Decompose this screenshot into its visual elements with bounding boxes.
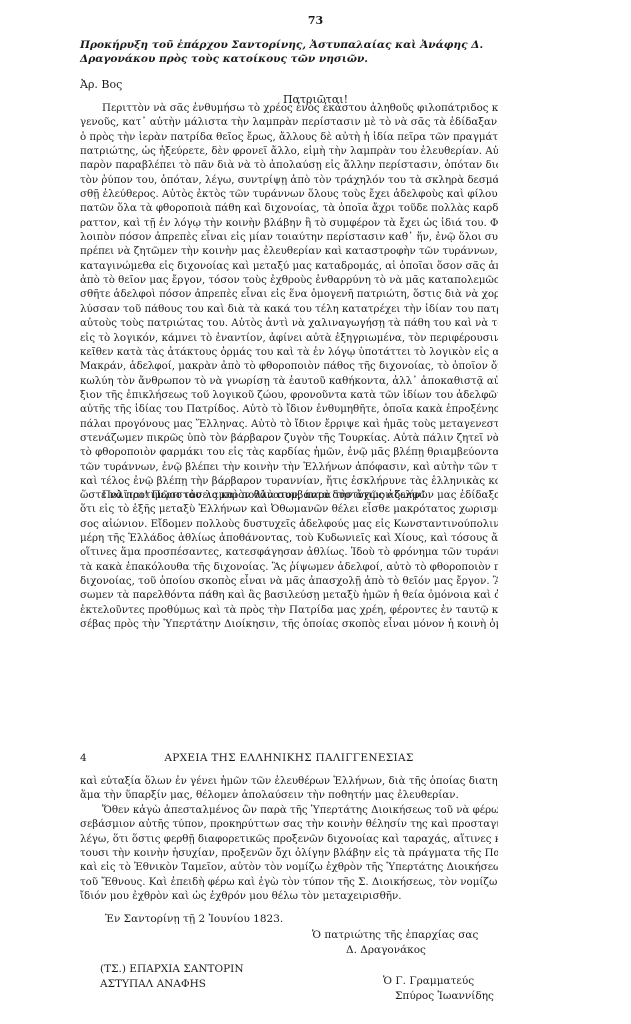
text-line: τὰ κακὰ ἐπακόλουθα τῆς διχονοίας. Ἂς ῥίψ… [80, 560, 498, 574]
text-line: σος αἰώνιον. Εἴδομεν πολλοὺς δυστυχεῖς ἀ… [80, 517, 498, 531]
text-line: ἅμα τὴν ὕπαρξίν μας, θέλομεν ἀπολαύσειν … [80, 788, 498, 802]
signer1-title: Ὁ πατριώτης τῆς ἐπαρχίας σας [312, 929, 478, 941]
text-line: λύσσαν τοῦ πάθους του καὶ διὰ τὰ κακά το… [80, 302, 498, 316]
text-line: Μακράν, ἀδελφοί, μακρὰν ἀπὸ τὸ φθοροποιὸ… [80, 359, 498, 373]
text-line: καὶ εἰς τὸ Ἐθνικὸν Ταμεῖον, αὐτὸν τὸν νο… [80, 860, 498, 874]
text-line: γενοῦς, κατ᾽ αὐτὴν μάλιστα τὴν λαμπρὰν π… [80, 115, 498, 129]
document-page: 73 Προκήρυξη τοῦ ἐπάρχου Σαντορίνης, Ἀστ… [0, 0, 631, 1024]
text-line: σωμεν τὰ παρελθόντα πάθη καὶ ἂς βασιλεύσ… [80, 588, 498, 602]
text-line: ξιον τῆς ἐπικλήσεως τοῦ λογικοῦ ζώου, φρ… [80, 388, 498, 402]
text-line: ραττον, καὶ τῇ ἐν λόγῳ τὴν κοινὴν βλάβην… [80, 216, 498, 230]
signer2-name: Σπύρος Ἰωαννίδης [383, 989, 494, 1004]
text-line: τουσι τὴν κοινὴν ἡσυχίαν, προξενῶν ὄχι ὀ… [80, 846, 498, 860]
text-line: εἰς τὸ λογικόν, κάμνει τὸ ἐναντίον, ἀφίν… [80, 331, 498, 345]
text-line: σεβάσμιον αὐτῆς τύπον, προκηρύττων σας τ… [80, 817, 498, 831]
text-line: πατριώτης, ὡς ἠξεύρετε, δὲν φρονεῖ ἄλλο,… [80, 144, 498, 158]
text-line: κωλύη τὸν ἄνθρωπον τὸ νὰ γνωρίσῃ τὰ ἑαυτ… [80, 374, 498, 388]
text-line: ἀπὸ τὸ θεῖον μας ἔργον, τόσον τοὺς ἐχθρο… [80, 273, 498, 287]
document-title: Προκήρυξη τοῦ ἐπάρχου Σαντορίνης, Ἀστυπα… [80, 38, 500, 66]
text-line: καταγινώμεθα εἰς διχονοίας καὶ μεταξύ μα… [80, 259, 498, 273]
text-line: πάλαι προγόνους μας Ἕλληνας. Αὐτὸ τὸ ἴδι… [80, 417, 498, 431]
text-line: καὶ εὐταξία ὅλων ἐν γένει ἡμῶν τῶν ἐλευθ… [80, 774, 498, 788]
signature-block-1: Ὁ πατριώτης τῆς ἐπαρχίας σας Δ. Δραγονάκ… [312, 928, 478, 958]
text-line: πρέπει νὰ ζητῶμεν τὴν κοινὴν μας ἐλευθερ… [80, 244, 498, 258]
seal-line-1: (ΤΣ.) ΕΠΑΡΧΙΑ ΣΑΝΤΟΡΙΝ [100, 962, 244, 977]
reference-number: Ἀρ. Βος [80, 78, 122, 91]
text-line: αὐτοὺς τοὺς πατριώτας του. Αὐτὸς ἀντὶ νὰ… [80, 316, 498, 330]
text-line: σέβας πρὸς τὴν Ὑπερτάτην Διοίκησιν, τῆς … [80, 617, 498, 631]
text-line: ἴδιόν μου ἐχθρὸν καὶ ὡς ἐχθρόν μου θέλω … [80, 889, 498, 903]
text-line: στενάζωμεν πικρῶς ὑπὸ τὸν βάρβαρον ζυγὸν… [80, 431, 498, 445]
text-line: αὐτῆς τῆς ἰδίας του Πατρίδος. Αὐτὸ τὸ ἴδ… [80, 402, 498, 416]
text-line: τοῦ Ἔθνους. Καὶ ἐπειδὴ φέρω καὶ ἐγὼ τὸν … [80, 875, 498, 889]
paragraph-3: καὶ εὐταξία ὅλων ἐν γένει ἡμῶν τῶν ἐλευθ… [80, 774, 498, 803]
date-place: Ἐν Σαντορίνῃ τῇ 2 Ἰουνίου 1823. [105, 913, 283, 925]
signer2-title: Ὁ Γ. Γραμματεύς [383, 975, 474, 987]
text-line: τῶν τυράννων, ἐνῷ βλέπει τὴν κοινὴν τὴν … [80, 460, 498, 474]
text-line: Πολῖται! Περιστάσεις καὶ πολλὰ συμβάντα … [80, 488, 498, 502]
seal-stamp: (ΤΣ.) ΕΠΑΡΧΙΑ ΣΑΝΤΟΡΙΝ ΑΣΤΥΠΑΛ ΑΝΑΦΗS [100, 962, 244, 992]
signature-block-2: Ὁ Γ. Γραμματεύς Σπύρος Ἰωαννίδης [383, 974, 494, 1004]
text-line: πατῶν ὅλα τὰ φθοροποιὰ πάθη καὶ διχονοία… [80, 201, 498, 215]
seal-line-2: ΑΣΤΥΠΑΛ ΑΝΑΦΗS [100, 977, 244, 992]
text-line: σθῆτε ἀδελφοὶ πόσον ἀπρεπὲς εἶναι εἰς ἕν… [80, 287, 498, 301]
text-line: ὅτι εἰς τὸ ἑξῆς μεταξὺ Ἑλλήνων καὶ Ὀθωμα… [80, 502, 498, 516]
text-line: λοιπὸν πόσον ἀπρεπὲς εἶναι εἰς μίαν τοια… [80, 230, 498, 244]
text-line: τὸν ῥύπον του, ὁπόταν, λέγω, συντρίψῃ ἀπ… [80, 173, 498, 187]
running-head-title: ΑΡΧΕΙΑ ΤΗΣ ΕΛΛΗΝΙΚΗΣ ΠΑΛΙΓΓΕΝΕΣΙΑΣ [80, 752, 498, 764]
text-line: σθῇ ἐλεύθερος. Αὐτὸς ἐκτὸς τῶν τυράννων … [80, 187, 498, 201]
signer1-name: Δ. Δραγονάκος [312, 943, 478, 958]
paragraph-4: Ὅθεν κἀγὼ ἀπεσταλμένος ὢν παρὰ τῆς Ὑπερτ… [80, 803, 498, 903]
text-line: μέρη τῆς Ἑλλάδος ἀθλίως ἀποθάνοντας, τοὺ… [80, 531, 498, 545]
text-line: διχονοίας, τοῦ ὁποίου σκοπὸς εἶναι νὰ μᾶ… [80, 574, 498, 588]
text-line: Ὅθεν κἀγὼ ἀπεσταλμένος ὢν παρὰ τῆς Ὑπερτ… [80, 803, 498, 817]
text-line: ἐκτελοῦντες προθύμως καὶ τὰ πρὸς τὴν Πατ… [80, 603, 498, 617]
text-line: τὸ φθοροποιὸν φαρμάκι του εἰς τὰς καρδία… [80, 445, 498, 459]
text-line: κεῖθεν κατὰ τὰς ἀτάκτους ὁρμάς του καὶ τ… [80, 345, 498, 359]
page-number-top: 73 [0, 14, 631, 27]
paragraph-1: Περιττὸν νὰ σᾶς ἐνθυμήσω τὸ χρέος ἑνὸς ἑ… [80, 101, 498, 503]
text-line: καὶ τέλος ἐνῷ βλέπῃ τὴν βάρβαρον τυραννί… [80, 474, 498, 488]
text-line: παρὸν παραβλέπει τὸ πᾶν διὰ νὰ τὸ ἀπολαύ… [80, 158, 498, 172]
paragraph-2: Πολῖται! Περιστάσεις καὶ πολλὰ συμβάντα … [80, 488, 498, 631]
text-line: Περιττὸν νὰ σᾶς ἐνθυμήσω τὸ χρέος ἑνὸς ἑ… [80, 101, 498, 115]
text-line: ὁ πρὸς τὴν ἱερὰν πατρίδα θεῖος ἔρως, ἄλλ… [80, 130, 498, 144]
text-line: λέγω, ὅτι ὅστις φερθῇ διαφορετικῶς προξε… [80, 832, 498, 846]
text-line: οἵτινες ἅμα προσπέσαντες, κατεσφάγησαν ἀ… [80, 545, 498, 559]
